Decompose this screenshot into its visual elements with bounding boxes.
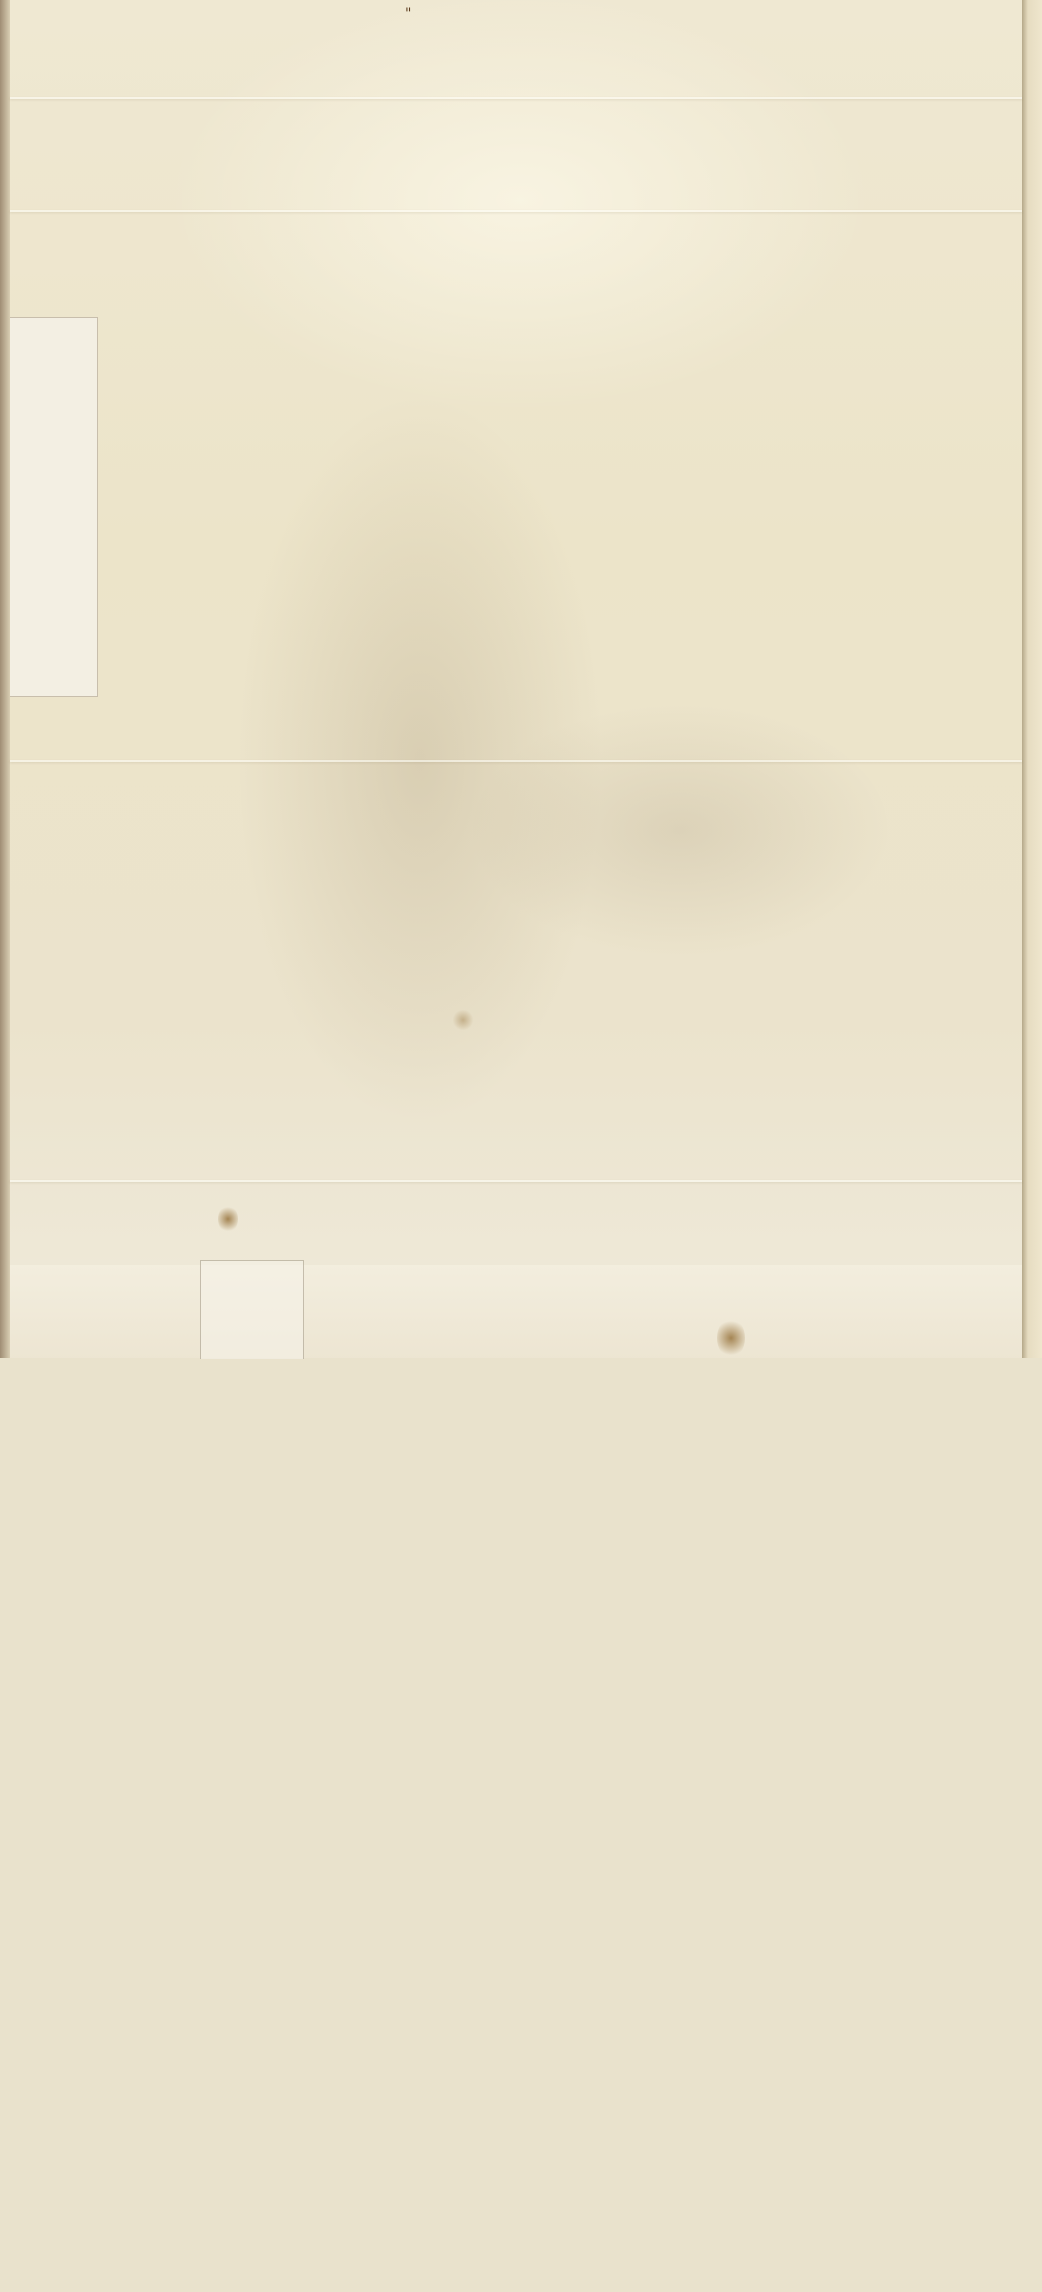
manuscript-page: "	[0, 0, 1042, 1358]
paper-fold-line	[10, 1180, 1022, 1182]
ditto-mark: "	[405, 6, 411, 22]
page-binding-shadow	[0, 0, 10, 1358]
paper-fold-line	[10, 760, 1022, 762]
pasted-paper-slip	[10, 317, 98, 697]
page-right-edge	[1022, 0, 1042, 1358]
paper-fold-line	[10, 210, 1022, 212]
ink-stain	[218, 1205, 238, 1233]
paper-fold-line	[10, 97, 1022, 99]
ink-stain	[717, 1318, 745, 1358]
bottom-pasted-strip	[10, 1265, 1022, 1358]
bottom-paper-patch	[200, 1260, 304, 1358]
show-through-print	[245, 225, 995, 1358]
water-stain	[452, 1010, 474, 1030]
